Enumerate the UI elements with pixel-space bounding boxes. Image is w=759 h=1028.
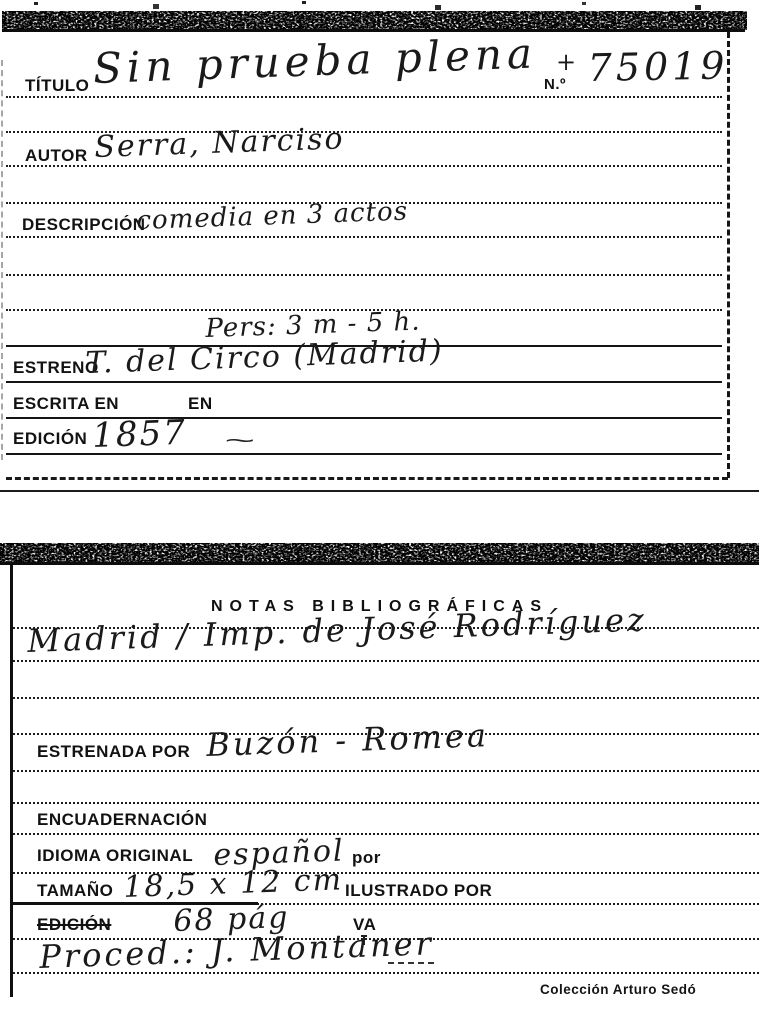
ruled-line bbox=[6, 274, 722, 276]
tamano-label: TAMAÑO bbox=[37, 881, 113, 901]
ruled-line bbox=[13, 770, 759, 772]
ruled-line bbox=[13, 697, 759, 699]
edicion-label: EDICIÓN bbox=[13, 429, 87, 449]
ruled-line bbox=[6, 381, 722, 383]
escrita-en-label: ESCRITA EN bbox=[13, 394, 119, 414]
scanned-catalog-cards: TÍTULO Sin prueba plena + N.º 75019 AUTO… bbox=[0, 0, 759, 1028]
card-number-plus-mark: + bbox=[556, 48, 576, 76]
autor-label: AUTOR bbox=[25, 146, 88, 166]
card-right-border bbox=[727, 32, 730, 478]
card-left-border bbox=[1, 60, 3, 460]
descripcion-label: DESCRIPCIÓN bbox=[22, 215, 146, 235]
estrenada-por-label: ESTRENADA POR bbox=[37, 742, 190, 762]
autor-handwritten-value: Serra, Narciso bbox=[94, 121, 345, 165]
ilustrado-por-label: ILUSTRADO POR bbox=[345, 881, 492, 901]
scan-noise-dots bbox=[34, 2, 38, 5]
torn-edge-texture-top bbox=[2, 11, 747, 30]
card-top-edge-line bbox=[0, 562, 759, 565]
torn-edge-texture-bottom bbox=[0, 543, 759, 563]
page-split-line bbox=[0, 490, 759, 492]
ruled-line bbox=[6, 96, 722, 98]
card-bottom-border bbox=[6, 477, 728, 480]
handwritten-dash-marks bbox=[388, 962, 434, 964]
card-number-label: N.º bbox=[544, 76, 566, 93]
estrenada-por-handwritten-value: Buzón - Romea bbox=[206, 716, 490, 764]
ruled-line bbox=[13, 802, 759, 804]
title-handwritten-value: Sin prueba plena bbox=[92, 29, 537, 93]
titulo-label: TÍTULO bbox=[25, 76, 89, 96]
ruled-line bbox=[6, 165, 722, 167]
ruled-line bbox=[13, 833, 759, 835]
card-top-edge-line bbox=[2, 29, 745, 32]
tamano-handwritten-value: 18,5 x 12 cm bbox=[123, 862, 344, 905]
ruled-line bbox=[13, 660, 759, 662]
card-number-value: 75019 bbox=[587, 44, 729, 90]
idioma-original-label: IDIOMA ORIGINAL bbox=[37, 846, 193, 866]
edicion-squiggle-mark: ~ bbox=[224, 428, 250, 454]
en-label: EN bbox=[188, 394, 213, 414]
edicion-handwritten-value: 1857 bbox=[92, 413, 188, 456]
estreno-handwritten-value: T. del Circo (Madrid) bbox=[85, 334, 444, 381]
card-left-border bbox=[10, 565, 13, 997]
coleccion-stamp: Colección Arturo Sedó bbox=[540, 982, 696, 997]
por-label: por bbox=[352, 848, 381, 868]
encuadernacion-label: ENCUADERNACIÓN bbox=[37, 810, 207, 830]
edicion-struck-label: EDICIÓN bbox=[37, 915, 111, 935]
ruled-line bbox=[6, 236, 722, 238]
